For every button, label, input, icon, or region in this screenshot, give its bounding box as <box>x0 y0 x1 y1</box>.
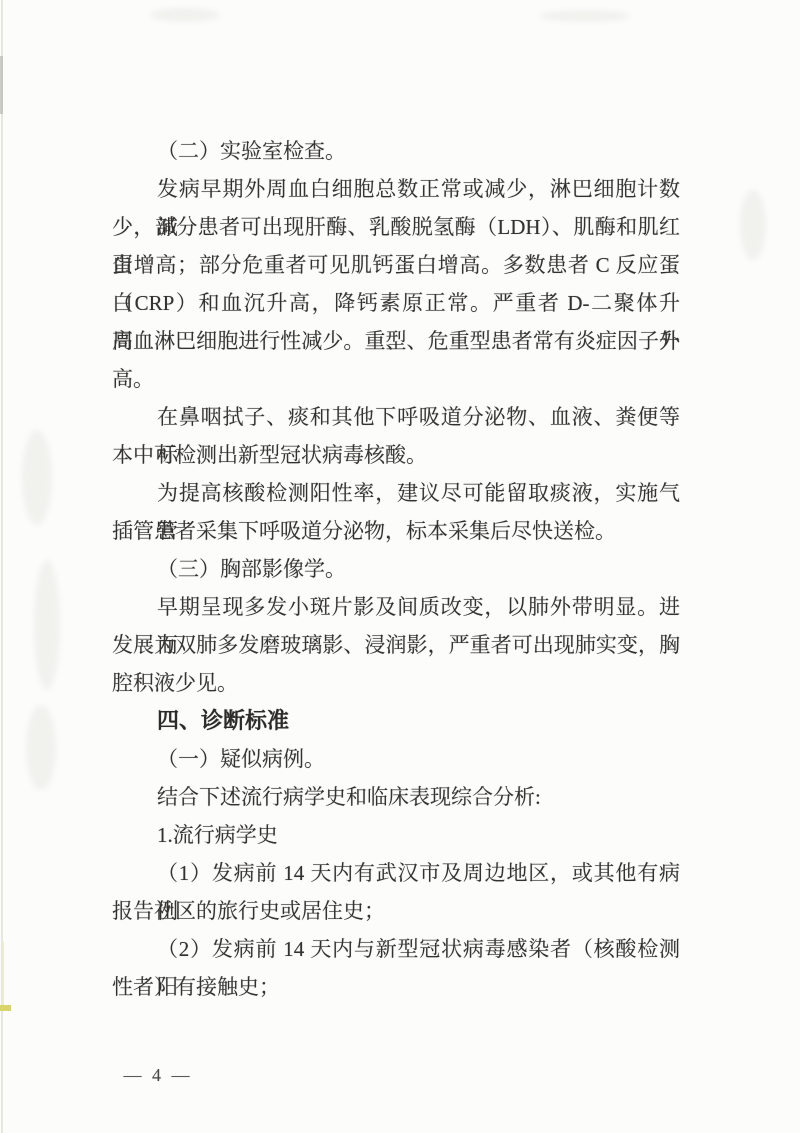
paragraph-line: 腔积液少见。 <box>112 664 680 702</box>
paragraph-line: （CRP）和血沉升高，降钙素原正常。严重者 D-二聚体升高、外 <box>112 284 680 322</box>
paragraph-line: 为提高核酸检测阳性率，建议尽可能留取痰液，实施气管 <box>112 474 680 512</box>
paragraph-line: 高。 <box>112 360 680 398</box>
paragraph-line: 报告社区的旅行史或居住史； <box>112 892 680 930</box>
paragraph-line: 性者）有接触史； <box>112 968 680 1006</box>
paragraph-line: 本中可检测出新型冠状病毒核酸。 <box>112 436 680 474</box>
paragraph-line: 发病早期外周血白细胞总数正常或减少，淋巴细胞计数减 <box>112 170 680 208</box>
paragraph-line: 早期呈现多发小斑片影及间质改变，以肺外带明显。进而 <box>112 588 680 626</box>
paragraph-line: 白增高；部分危重者可见肌钙蛋白增高。多数患者 C 反应蛋白 <box>112 246 680 284</box>
paragraph-line: 在鼻咽拭子、痰和其他下呼吸道分泌物、血液、粪便等标 <box>112 398 680 436</box>
paragraph-line: （1）发病前 14 天内有武汉市及周边地区，或其他有病例 <box>112 854 680 892</box>
paragraph-line: 插管患者采集下呼吸道分泌物，标本采集后尽快送检。 <box>112 512 680 550</box>
scan-smudge <box>540 10 630 22</box>
list-heading-epidemiological-history: 1.流行病学史 <box>112 816 680 854</box>
scan-smudge <box>34 560 60 690</box>
subsection-heading-suspected-case: （一）疑似病例。 <box>112 740 680 778</box>
paragraph-line: 周血淋巴细胞进行性减少。重型、危重型患者常有炎症因子升 <box>112 322 680 360</box>
paragraph-line: 发展为双肺多发磨玻璃影、浸润影，严重者可出现肺实变，胸 <box>112 626 680 664</box>
scan-smudge <box>22 430 52 525</box>
scanned-document-page: （二）实验室检查。 发病早期外周血白细胞总数正常或减少，淋巴细胞计数减 少，部分… <box>0 0 800 1133</box>
scan-smudge <box>740 190 766 260</box>
subsection-heading-lab-examination: （二）实验室检查。 <box>112 132 680 170</box>
section-heading-diagnostic-criteria: 四、诊断标准 <box>112 702 680 740</box>
page-number: — 4 — <box>112 1060 204 1090</box>
scan-smudge <box>26 705 56 790</box>
paragraph-line: （2）发病前 14 天内与新型冠状病毒感染者（核酸检测阳 <box>112 930 680 968</box>
scan-edge-streak <box>0 56 3 114</box>
scan-yellow-trace <box>2 942 4 1006</box>
document-text-block: （二）实验室检查。 发病早期外周血白细胞总数正常或减少，淋巴细胞计数减 少，部分… <box>112 132 680 1006</box>
paragraph-line: 结合下述流行病学史和临床表现综合分析: <box>112 778 680 816</box>
scan-smudge <box>150 8 220 22</box>
paragraph-line: 少，部分患者可出现肝酶、乳酸脱氢酶（LDH）、肌酶和肌红蛋 <box>112 208 680 246</box>
scan-yellow-mark <box>0 1005 11 1011</box>
subsection-heading-chest-imaging: （三）胸部影像学。 <box>112 550 680 588</box>
